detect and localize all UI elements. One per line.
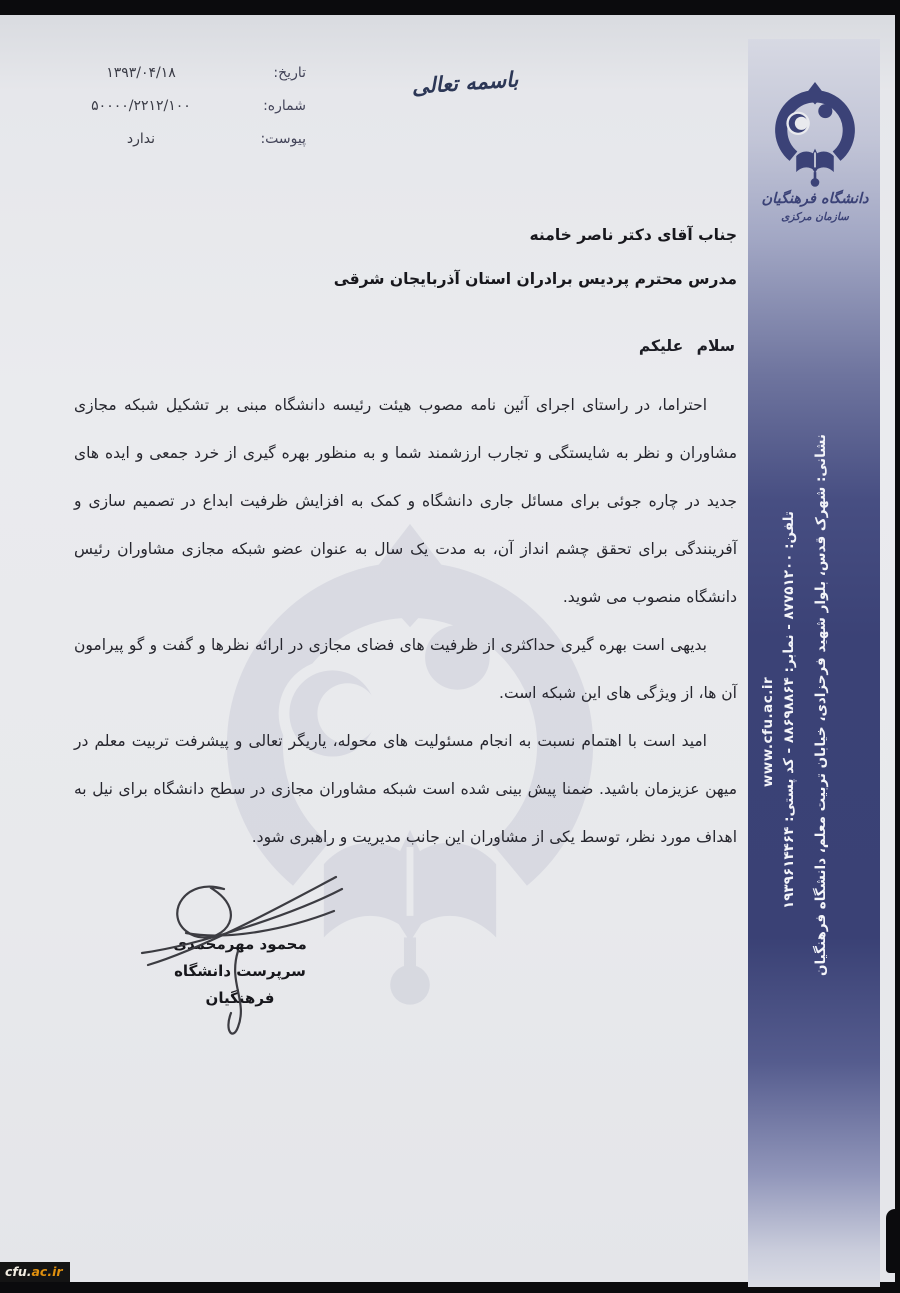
recipient-name: جناب آقای دکتر ناصر خامنه <box>334 213 737 257</box>
scan-corner-shadow <box>886 1209 895 1273</box>
body-paragraph-3: امید است با اهتمام نسبت به انجام مسئولیت… <box>74 717 737 861</box>
badge-suffix: ac.ir <box>32 1264 63 1279</box>
sidebar-contact-text: تلفن: ۸۷۷۵۱۲۰۰ - نمابر: ۸۸۶۹۸۸۶۴ - کد پس… <box>781 403 801 1017</box>
bismillah-calligraphy: باسمه تعالی <box>384 65 545 100</box>
university-logo-block: دانشگاه فرهنگیان سازمان مرکزی <box>752 67 878 223</box>
attachment-row: پیوست: ندارد <box>38 131 306 164</box>
date-label: تاریخ: <box>244 65 306 81</box>
cfu-watermark-badge: cfu.ac.ir <box>0 1262 70 1282</box>
body-paragraph-2: بدیهی است بهره گیری حداکثری از ظرفیت های… <box>74 621 737 717</box>
attachment-label: پیوست: <box>244 131 306 147</box>
salutation: سلام علیکم <box>639 337 735 355</box>
number-label: شماره: <box>244 98 306 114</box>
badge-prefix: cfu. <box>5 1264 32 1279</box>
sidebar-address-text: نشانی: شهرک قدس، بلوار شهید فرحزادی، خیا… <box>813 400 833 1010</box>
university-name: دانشگاه فرهنگیان <box>752 191 878 207</box>
date-row: تاریخ: ۱۳۹۳/۰۴/۱۸ <box>38 65 306 98</box>
scanned-letter-page: نشانی: شهرک قدس، بلوار شهید فرحزادی، خیا… <box>0 15 895 1282</box>
recipient-block: جناب آقای دکتر ناصر خامنه مدرس محترم پرد… <box>334 213 737 301</box>
organization-name: سازمان مرکزی <box>752 211 878 223</box>
university-emblem-icon <box>768 67 862 189</box>
letter-body: احتراما، در راستای اجرای آئین نامه مصوب … <box>74 381 737 861</box>
letter-meta-fields: تاریخ: ۱۳۹۳/۰۴/۱۸ شماره: ۵۰۰۰۰/۲۲۱۲/۱۰۰ … <box>38 65 306 164</box>
number-row: شماره: ۵۰۰۰۰/۲۲۱۲/۱۰۰ <box>38 98 306 131</box>
attachment-value: ندارد <box>38 131 244 147</box>
number-value: ۵۰۰۰۰/۲۲۱۲/۱۰۰ <box>38 98 244 114</box>
recipient-title: مدرس محترم پردیس برادران استان آذربایجان… <box>334 257 737 301</box>
body-paragraph-1: احتراما، در راستای اجرای آئین نامه مصوب … <box>74 381 737 621</box>
sidebar-website-text: www.cfu.ac.ir <box>760 657 778 807</box>
date-value: ۱۳۹۳/۰۴/۱۸ <box>38 65 244 81</box>
handwritten-signature <box>128 855 358 1045</box>
